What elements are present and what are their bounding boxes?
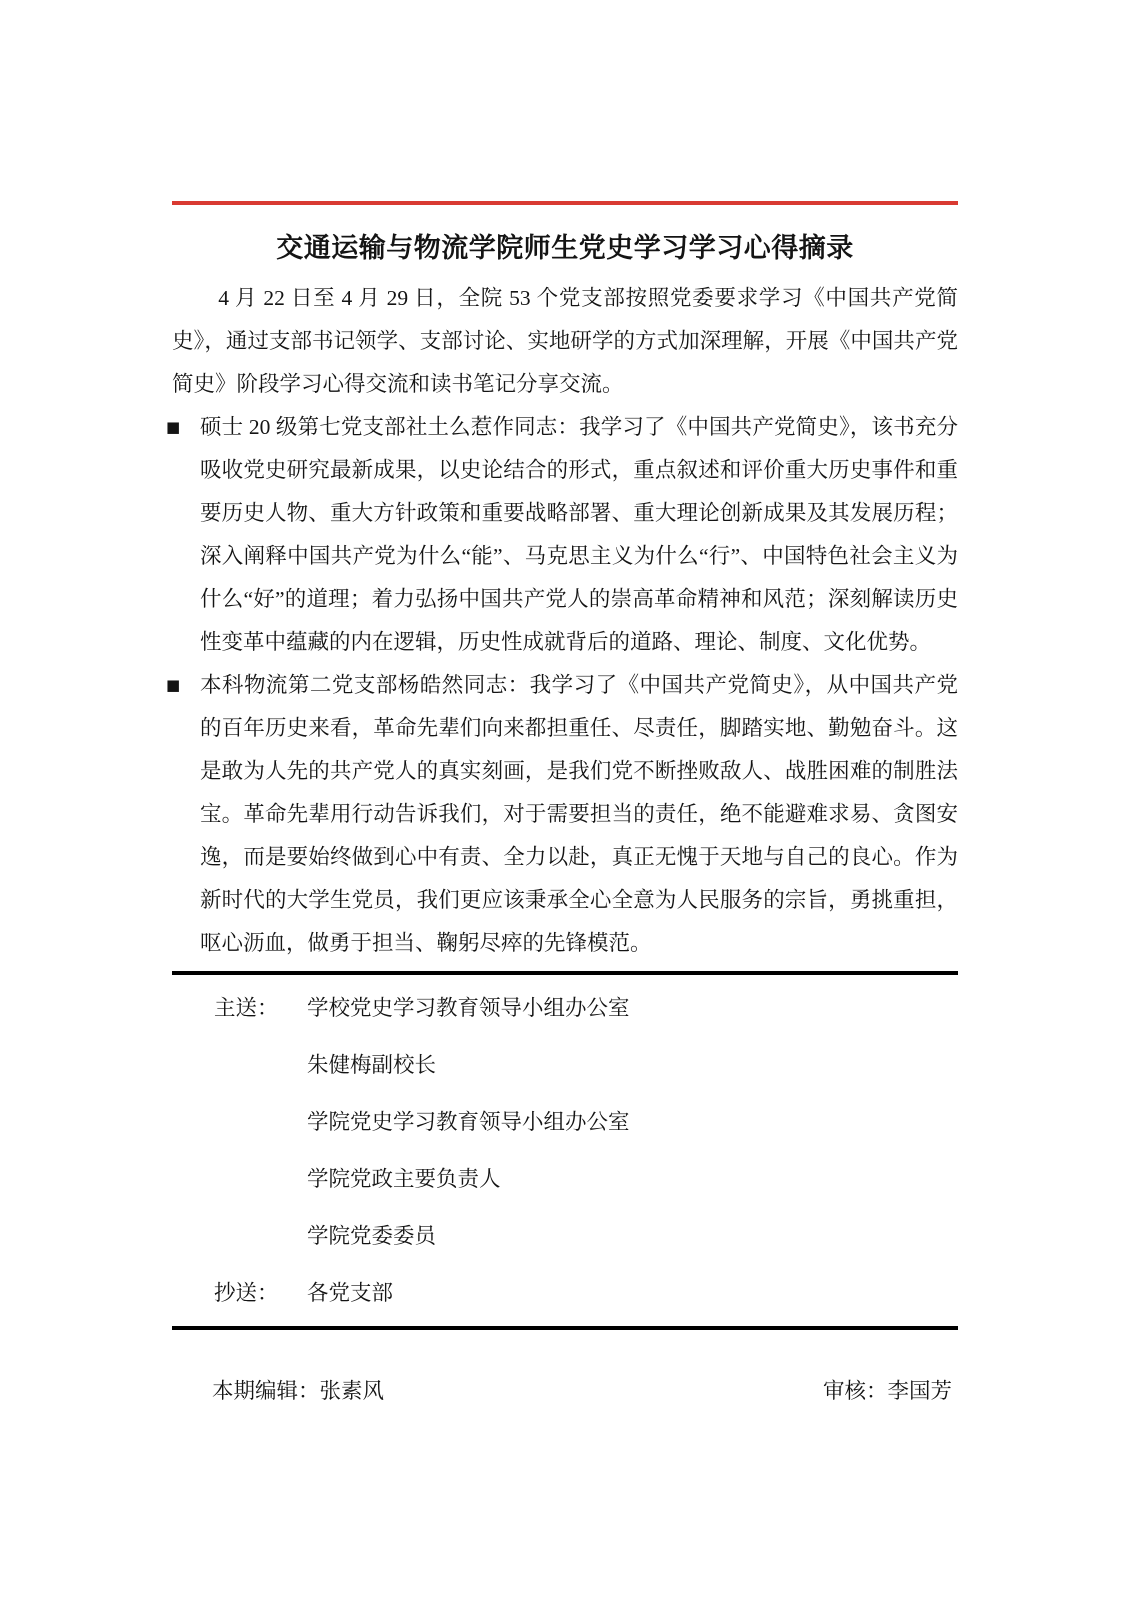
distribution-recipient: 各党支部 <box>307 1265 958 1322</box>
intro-paragraph: 4 月 22 日至 4 月 29 日，全院 53 个党支部按照党委要求学习《中国… <box>172 277 958 406</box>
square-bullet-icon: ■ <box>166 664 200 707</box>
bullet-text: 硕士 20 级第七党支部社土么惹作同志：我学习了《中国共产党简史》，该书充分吸收… <box>200 406 958 664</box>
distribution-row: 抄送： 各党支部 <box>172 1265 958 1322</box>
distribution-row: 学院党委委员 <box>172 1208 958 1265</box>
bullet-text: 本科物流第二党支部杨皓然同志：我学习了《中国共产党简史》，从中国共产党的百年历史… <box>200 664 958 965</box>
editor-credit: 本期编辑：张素风 <box>212 1376 384 1406</box>
copy-send-label: 抄送： <box>214 1265 307 1322</box>
page-title: 交通运输与物流学院师生党史学习学习心得摘录 <box>172 229 958 267</box>
separator-rule-bottom <box>172 1326 958 1330</box>
distribution-recipient: 学院党委委员 <box>307 1208 958 1265</box>
list-item: ■ 硕士 20 级第七党支部社土么惹作同志：我学习了《中国共产党简史》，该书充分… <box>172 406 958 664</box>
empty-label <box>214 1037 307 1094</box>
distribution-row: 学院党史学习教育领导小组办公室 <box>172 1094 958 1151</box>
distribution-list: 主送： 学校党史学习教育领导小组办公室 朱健梅副校长 学院党史学习教育领导小组办… <box>172 975 958 1322</box>
header-double-red-rule <box>172 201 958 205</box>
empty-label <box>214 1094 307 1151</box>
distribution-row: 主送： 学校党史学习教育领导小组办公室 <box>172 980 958 1037</box>
document-content: 交通运输与物流学院师生党史学习学习心得摘录 4 月 22 日至 4 月 29 日… <box>172 0 958 1406</box>
list-item: ■ 本科物流第二党支部杨皓然同志：我学习了《中国共产党简史》，从中国共产党的百年… <box>172 664 958 965</box>
distribution-recipient: 学院党政主要负责人 <box>307 1151 958 1208</box>
empty-label <box>214 1208 307 1265</box>
document-page: 交通运输与物流学院师生党史学习学习心得摘录 4 月 22 日至 4 月 29 日… <box>0 0 1131 1600</box>
main-send-label: 主送： <box>214 980 307 1037</box>
distribution-row: 学院党政主要负责人 <box>172 1151 958 1208</box>
distribution-recipient: 学校党史学习教育领导小组办公室 <box>307 980 958 1037</box>
bullet-list: ■ 硕士 20 级第七党支部社土么惹作同志：我学习了《中国共产党简史》，该书充分… <box>172 406 958 965</box>
square-bullet-icon: ■ <box>166 406 200 449</box>
distribution-recipient: 朱健梅副校长 <box>307 1037 958 1094</box>
reviewer-credit: 审核：李国芳 <box>823 1376 952 1406</box>
credits-footer: 本期编辑：张素风 审核：李国芳 <box>172 1376 958 1406</box>
distribution-recipient: 学院党史学习教育领导小组办公室 <box>307 1094 958 1151</box>
distribution-row: 朱健梅副校长 <box>172 1037 958 1094</box>
empty-label <box>214 1151 307 1208</box>
